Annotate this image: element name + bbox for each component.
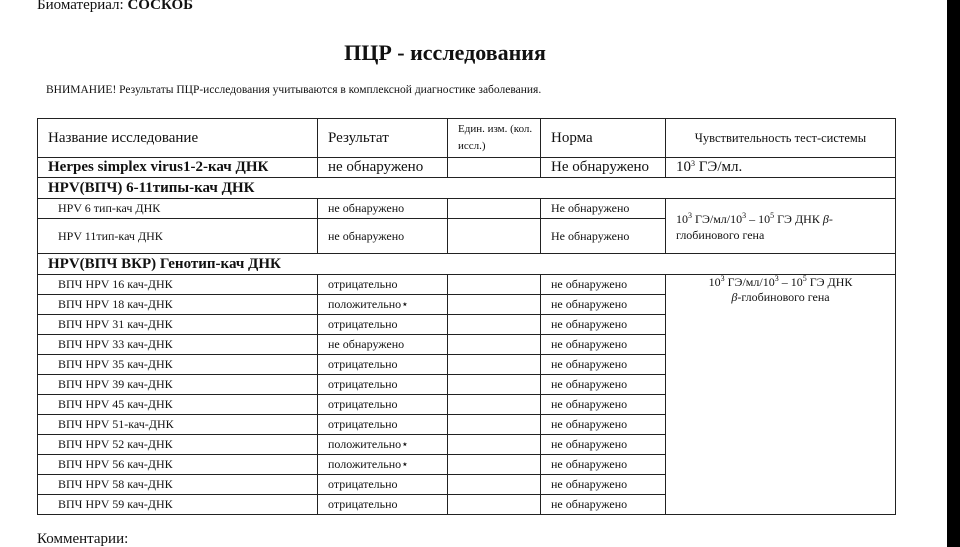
test-result: положительно⋆ xyxy=(318,295,448,315)
test-result: отрицательно xyxy=(318,375,448,395)
test-name: HPV 11тип-кач ДНК xyxy=(38,219,318,254)
black-edge-bar xyxy=(947,0,960,547)
test-name: ВПЧ HPV 58 кач-ДНК xyxy=(38,475,318,495)
test-units xyxy=(448,355,541,375)
test-name: ВПЧ HPV 52 кач-ДНК xyxy=(38,435,318,455)
herpes-norm: Не обнаружено xyxy=(541,158,666,178)
header-units: Един. изм. (кол. иссл.) xyxy=(448,119,541,158)
test-name: ВПЧ HPV 39 кач-ДНК xyxy=(38,375,318,395)
test-norm: не обнаружено xyxy=(541,395,666,415)
test-result: отрицательно xyxy=(318,355,448,375)
header-result: Результат xyxy=(318,119,448,158)
test-name: ВПЧ HPV 45 кач-ДНК xyxy=(38,395,318,415)
test-units xyxy=(448,275,541,295)
herpes-sensitivity: 103 ГЭ/мл. xyxy=(666,158,896,178)
test-name: ВПЧ HPV 31 кач-ДНК xyxy=(38,315,318,335)
test-result: не обнаружено xyxy=(318,335,448,355)
test-result: положительно⋆ xyxy=(318,435,448,455)
test-units xyxy=(448,295,541,315)
test-norm: не обнаружено xyxy=(541,355,666,375)
test-units xyxy=(448,475,541,495)
header-sensitivity: Чувствительность тест-системы xyxy=(666,119,896,158)
test-result: отрицательно xyxy=(318,475,448,495)
group-title: HPV(ВПЧ) 6-11типы-кач ДНК xyxy=(38,178,896,199)
test-name: HPV 6 тип-кач ДНК xyxy=(38,199,318,219)
test-name: ВПЧ HPV 35 кач-ДНК xyxy=(38,355,318,375)
test-units xyxy=(448,199,541,219)
biomaterial-line: Биоматериал: СОСКОБ xyxy=(37,0,193,14)
test-units xyxy=(448,375,541,395)
test-result: отрицательно xyxy=(318,315,448,335)
table-row: HPV 6 тип-кач ДНКне обнаруженоНе обнаруж… xyxy=(38,199,896,219)
comments-label: Комментарии: xyxy=(37,531,128,547)
test-norm: не обнаружено xyxy=(541,335,666,355)
test-units xyxy=(448,315,541,335)
test-units xyxy=(448,395,541,415)
test-result: отрицательно xyxy=(318,275,448,295)
herpes-name: Herpes simplex virus1-2-кач ДНК xyxy=(38,158,318,178)
document-page: Биоматериал: СОСКОБ ПЦР - исследования В… xyxy=(0,0,947,547)
biomaterial-value: СОСКОБ xyxy=(127,0,193,13)
test-norm: не обнаружено xyxy=(541,495,666,515)
test-norm: Не обнаружено xyxy=(541,199,666,219)
warning-note: ВНИМАНИЕ! Результаты ПЦР-исследования уч… xyxy=(46,84,541,96)
test-units xyxy=(448,219,541,254)
test-units xyxy=(448,435,541,455)
group-title: HPV(ВПЧ ВКР) Генотип-кач ДНК xyxy=(38,254,896,275)
test-norm: не обнаружено xyxy=(541,455,666,475)
herpes-result: не обнаружено xyxy=(318,158,448,178)
test-name: ВПЧ HPV 33 кач-ДНК xyxy=(38,335,318,355)
test-norm: не обнаружено xyxy=(541,375,666,395)
group-header-hpv-hr: HPV(ВПЧ ВКР) Генотип-кач ДНК xyxy=(38,254,896,275)
test-name: ВПЧ HPV 51-кач-ДНК xyxy=(38,415,318,435)
test-norm: не обнаружено xyxy=(541,275,666,295)
test-norm: не обнаружено xyxy=(541,415,666,435)
biomaterial-label: Биоматериал: xyxy=(37,0,124,13)
test-norm: не обнаружено xyxy=(541,315,666,335)
test-units xyxy=(448,335,541,355)
test-norm: Не обнаружено xyxy=(541,219,666,254)
group-sensitivity: 103 ГЭ/мл/103 – 105 ГЭ ДНК β-глобинового… xyxy=(666,199,896,254)
test-name: ВПЧ HPV 56 кач-ДНК xyxy=(38,455,318,475)
test-result: не обнаружено xyxy=(318,219,448,254)
test-units xyxy=(448,495,541,515)
header-name: Название исследование xyxy=(38,119,318,158)
herpes-units xyxy=(448,158,541,178)
test-result: отрицательно xyxy=(318,495,448,515)
results-table: Название исследование Результат Един. из… xyxy=(37,118,896,515)
table-header-row: Название исследование Результат Един. из… xyxy=(38,119,896,158)
test-norm: не обнаружено xyxy=(541,295,666,315)
table-row: ВПЧ HPV 16 кач-ДНКотрицательноне обнаруж… xyxy=(38,275,896,295)
test-units xyxy=(448,415,541,435)
header-norm: Норма xyxy=(541,119,666,158)
test-name: ВПЧ HPV 16 кач-ДНК xyxy=(38,275,318,295)
test-norm: не обнаружено xyxy=(541,475,666,495)
test-name: ВПЧ HPV 18 кач-ДНК xyxy=(38,295,318,315)
test-result: отрицательно xyxy=(318,395,448,415)
test-name: ВПЧ HPV 59 кач-ДНК xyxy=(38,495,318,515)
test-result: не обнаружено xyxy=(318,199,448,219)
group-sensitivity: 103 ГЭ/мл/103 – 105 ГЭ ДНКβ-глобинового … xyxy=(666,275,896,515)
table-row-herpes: Herpes simplex virus1-2-кач ДНК не обнар… xyxy=(38,158,896,178)
test-result: положительно⋆ xyxy=(318,455,448,475)
page-title: ПЦР - исследования xyxy=(0,40,890,66)
group-header-hpv-6-11: HPV(ВПЧ) 6-11типы-кач ДНК xyxy=(38,178,896,199)
test-result: отрицательно xyxy=(318,415,448,435)
test-units xyxy=(448,455,541,475)
test-norm: не обнаружено xyxy=(541,435,666,455)
